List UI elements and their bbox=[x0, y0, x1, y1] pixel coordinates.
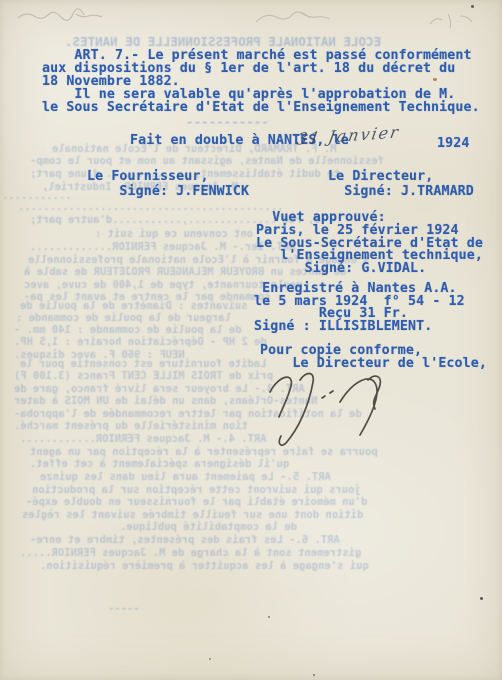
pencil-annotation-top-right bbox=[424, 8, 480, 32]
paper-speck bbox=[268, 616, 270, 618]
bleedthrough-text-line: de la comptabilité publique. bbox=[120, 522, 297, 533]
paper-speck bbox=[480, 597, 483, 600]
bleedthrough-text-line: ----------- bbox=[186, 116, 269, 127]
bleedthrough-text-line: d'un mémoire établi par le fournisseur e… bbox=[26, 497, 367, 508]
paper-speck bbox=[313, 674, 315, 676]
registration-block: Enregistré à Nantes A.A. le 5 mars 1924 … bbox=[254, 283, 465, 334]
bleedthrough-text-line: qui s'engage à les acquitter à première … bbox=[40, 561, 369, 572]
paper-speck bbox=[209, 658, 211, 660]
bleedthrough-text-line: de 2 HP - Dépréciation horaire : 1,5 HP. bbox=[14, 337, 267, 348]
approval-block: Vuet approuvé: Paris, le 25 février 1924… bbox=[256, 212, 483, 276]
bleedthrough-text-line: jours qui suivront cette réception sur l… bbox=[32, 485, 361, 496]
bleedthrough-text-line: ont convenu ce qui suit : bbox=[95, 229, 253, 240]
pencil-annotation-top-left bbox=[12, 4, 122, 30]
pencil-annotation-top-center bbox=[250, 4, 340, 32]
bleedthrough-text-line: ART. 5.- Le paiement aura lieu dans les … bbox=[40, 472, 331, 483]
bleedthrough-text-line: gistrement sont à la charge de M. Jacque… bbox=[20, 548, 361, 559]
bleedthrough-text-line: suivantes : Diamètre de la poulie de bbox=[20, 301, 248, 312]
bleedthrough-text-line: de la poulie de commande : 140 mm. - bbox=[14, 325, 242, 336]
scanned-document-page: ECOLE NATIONALE PROFESSIONNELLE DE NANTE… bbox=[0, 0, 502, 680]
bleedthrough-text-line: ECOLE NATIONALE PROFESSIONNELLE DE NANTE… bbox=[65, 36, 381, 47]
paper-speck bbox=[471, 5, 474, 8]
bleedthrough-text-line: fessionnelle de Nantes, agissant au nom … bbox=[30, 156, 384, 167]
bleedthrough-text-line: ----- bbox=[108, 604, 140, 615]
bleedthrough-text-line: ........................................… bbox=[18, 202, 284, 213]
bleedthrough-text-line: ART. 4.- M. Jacques FERNIOR............ bbox=[20, 434, 267, 445]
directeur-signature-block: Le Directeur, Signé: J.TRAMARD bbox=[328, 170, 474, 199]
fournisseur-signature-block: Le Fournisseur, Signé: J.FENWICK bbox=[87, 170, 249, 199]
year-label: 1924 bbox=[437, 137, 469, 150]
bleedthrough-text-line: Ladite fourniture est consentie pour le bbox=[20, 359, 267, 370]
article-7-paragraph: ART. 7.- Le présent marché est passé con… bbox=[42, 49, 480, 114]
bleedthrough-text-line: qu'il désignera spécialement à cet effet… bbox=[30, 459, 289, 470]
bleedthrough-text-line: tion ministérielle du présent marché. bbox=[14, 421, 248, 432]
bleedthrough-text-line: ART. 6.- Les frais des présentes, timbre… bbox=[30, 535, 340, 546]
paper-speck bbox=[433, 78, 437, 81]
signature-scrawl bbox=[240, 358, 405, 458]
bleedthrough-text-line: largeur de la poulie de commande : bbox=[16, 313, 231, 324]
bleedthrough-text-line: dition dont une sur feuille timbrée suiv… bbox=[22, 510, 363, 521]
bleedthrough-text-line: prix de TROIS MILLE CENT Francs (3.100 F… bbox=[14, 371, 273, 382]
